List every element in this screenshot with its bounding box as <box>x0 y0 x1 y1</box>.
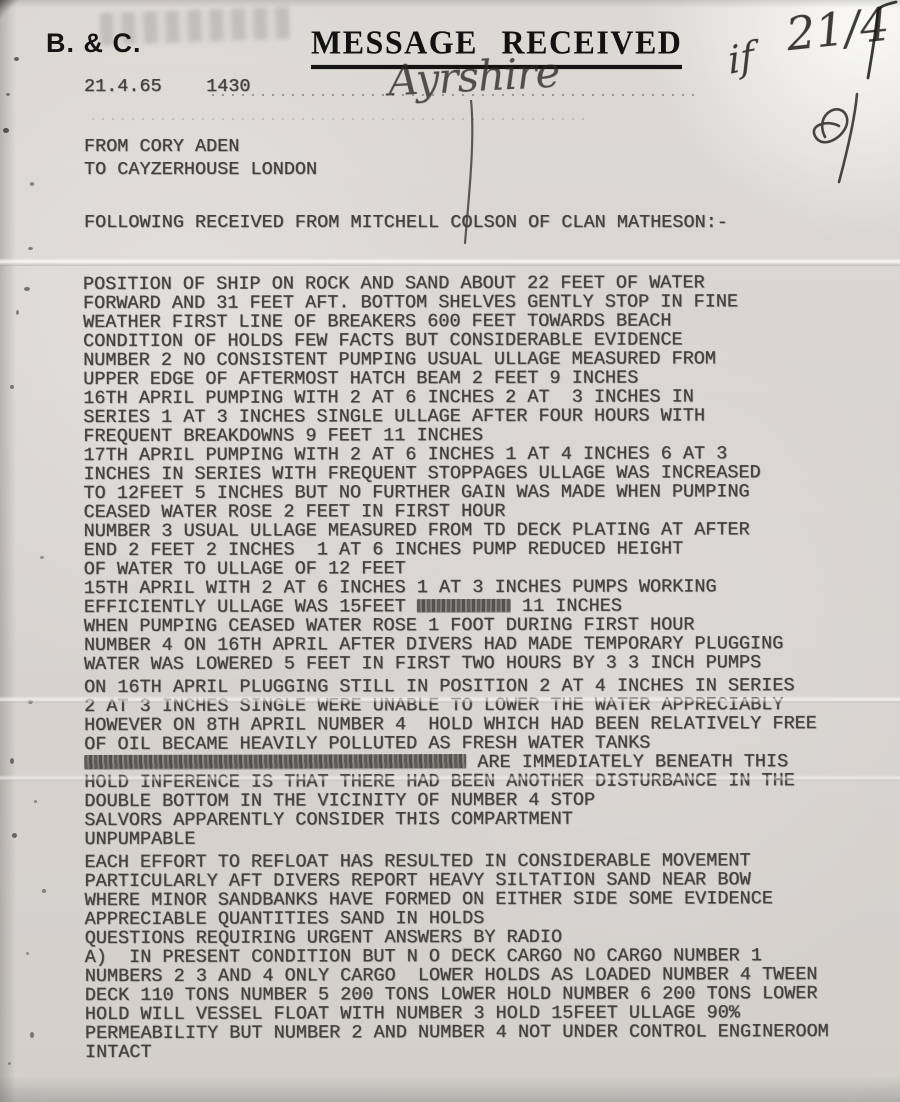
message-line: UPPER EDGE OF AFTERMOST HATCH BEAM 2 FEE… <box>83 368 883 389</box>
message-body: POSITION OF SHIP ON ROCK AND SAND ABOUT … <box>83 273 885 1062</box>
message-line: NUMBER 2 NO CONSISTENT PUMPING USUAL ULL… <box>83 349 883 370</box>
intro-line: FOLLOWING RECEIVED FROM MITCHELL COLSON … <box>84 212 728 233</box>
message-line: UNPUMPABLE <box>84 828 884 849</box>
ink-speck <box>10 758 14 764</box>
typed-overstrike-redaction <box>417 599 511 612</box>
message-line: INCHES IN SERIES WITH FREQUENT STOPPAGES… <box>83 463 883 484</box>
typed-overstrike-redaction <box>84 754 466 769</box>
ink-speck <box>16 310 19 315</box>
message-line: FORWARD AND 31 FEET AFT. BOTTOM SHELVES … <box>83 292 883 313</box>
message-line: INTACT <box>85 1041 885 1062</box>
message-line: CEASED WATER ROSE 2 FEET IN FIRST HOUR <box>84 501 884 522</box>
message-line: WEATHER FIRST LINE OF BREAKERS 600 FEET … <box>83 311 883 332</box>
ink-speck <box>3 128 9 133</box>
ink-speck <box>30 182 34 186</box>
message-line: WHERE MINOR SANDBANKS HAVE FORMED ON EIT… <box>85 889 885 910</box>
ink-speck <box>26 952 29 955</box>
telegram-page: B. & C. MESSAGE RECEIVED if 21/4 21.4.65… <box>0 0 900 1102</box>
ink-speck <box>24 287 30 291</box>
message-line: EACH EFFORT TO REFLOAT HAS RESULTED IN C… <box>84 851 884 872</box>
to-line: TO CAYZERHOUSE LONDON <box>84 159 317 180</box>
handwritten-initials <box>795 92 885 187</box>
message-line: CONDITION OF HOLDS FEW FACTS BUT CONSIDE… <box>83 330 883 351</box>
message-line: OF WATER TO ULLAGE OF 12 FEET <box>84 558 884 579</box>
dotted-rule-faint <box>92 118 592 120</box>
message-line: WATER WAS LOWERED 5 FEET IN FIRST TWO HO… <box>84 653 884 674</box>
message-line: APPRECIABLE QUANTITIES SAND IN HOLDS <box>85 908 885 929</box>
ink-speck <box>10 385 14 389</box>
message-line: FREQUENT BREAKDOWNS 9 FEET 11 INCHES <box>83 425 883 446</box>
message-line: SALVORS APPARENTLY CONSIDER THIS COMPART… <box>84 809 884 830</box>
message-line: SERIES 1 AT 3 INCHES SINGLE ULLAGE AFTER… <box>83 406 883 427</box>
message-line: PERMEABILITY BUT NUMBER 2 AND NUMBER 4 N… <box>85 1022 885 1043</box>
handwritten-ship-name: Ayrshire <box>387 48 561 106</box>
handwritten-note: if <box>727 33 756 83</box>
ink-speck <box>6 93 10 96</box>
ink-speck <box>28 247 33 250</box>
ink-speck <box>40 556 44 559</box>
ink-speck <box>12 833 17 838</box>
ink-speck <box>34 800 37 803</box>
message-line: NUMBER 3 USUAL ULLAGE MEASURED FROM TD D… <box>84 520 884 541</box>
ink-speck <box>42 889 46 893</box>
from-line: FROM CORY ADEN <box>84 136 239 157</box>
handwritten-date: 21/4 <box>783 0 891 61</box>
message-line: TO 12FEET 5 INCHES BUT NO FURTHER GAIN W… <box>84 482 884 503</box>
message-line: NUMBER 4 ON 16TH APRIL AFTER DIVERS HAD … <box>84 634 884 655</box>
message-line: DECK 110 TONS NUMBER 5 200 TONS LOWER HO… <box>85 984 885 1005</box>
message-line: DOUBLE BOTTOM IN THE VICINITY OF NUMBER … <box>84 790 884 811</box>
message-line: POSITION OF SHIP ON ROCK AND SAND ABOUT … <box>83 273 883 294</box>
ink-speck <box>14 57 19 61</box>
message-line: 15TH APRIL WITH 2 AT 6 INCHES 1 AT 3 INC… <box>84 577 884 598</box>
message-line: 16TH APRIL PUMPING WITH 2 AT 6 INCHES 2 … <box>83 387 883 408</box>
message-line: EFFICIENTLY ULLAGE WAS 15FEET 11 INCHES <box>84 596 884 617</box>
ink-speck <box>28 700 33 704</box>
ink-speck <box>30 1032 34 1038</box>
message-line: QUESTIONS REQUIRING URGENT ANSWERS BY RA… <box>85 927 885 948</box>
company-mark: B. & C. <box>46 28 142 59</box>
message-line: HOLD INFERENCE IS THAT THERE HAD BEEN AN… <box>84 771 884 792</box>
ink-speck <box>8 1062 11 1065</box>
message-line: HOWEVER ON 8TH APRIL NUMBER 4 HOLD WHICH… <box>84 714 884 735</box>
message-line: END 2 FEET 2 INCHES 1 AT 6 INCHES PUMP R… <box>84 539 884 560</box>
message-line: 17TH APRIL PUMPING WITH 2 AT 6 INCHES 1 … <box>83 444 883 465</box>
